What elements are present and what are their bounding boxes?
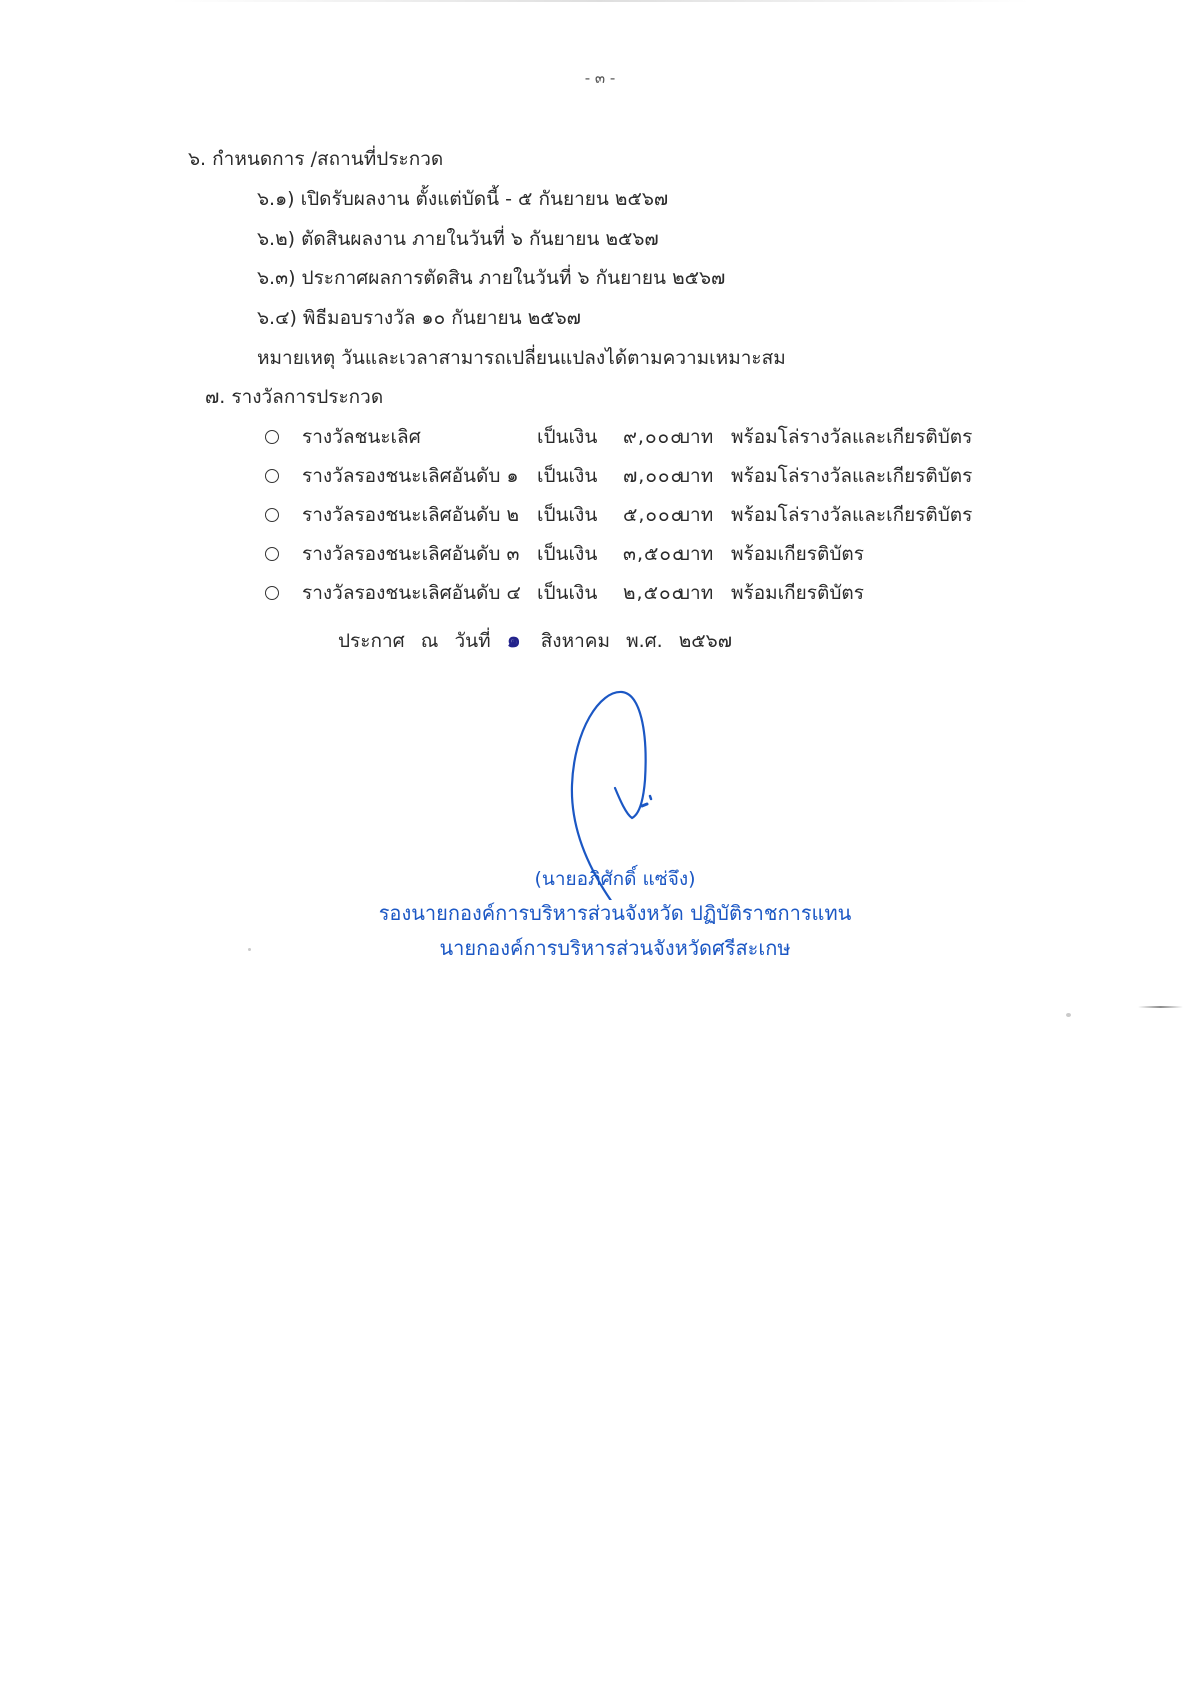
prize-extra: พร้อมโล่รางวัลและเกียรติบัตร — [731, 424, 972, 450]
section-6-heading: ๖. กำหนดการ /สถานที่ประกวด — [188, 146, 443, 172]
circle-bullet-icon — [265, 430, 279, 444]
document-page: - ๓ - ๖. กำหนดการ /สถานที่ประกวด ๖.๑) เป… — [0, 0, 1200, 1697]
prize-name: รางวัลรองชนะเลิศอันดับ ๑ — [302, 463, 519, 489]
prize-amount: ๒,๕๐๐ — [623, 580, 684, 606]
announcement-year: ๒๕๖๗ — [679, 630, 732, 652]
prize-amount-label: เป็นเงิน — [537, 541, 597, 567]
announcement-day-label: วันที่ — [454, 630, 490, 652]
prize-amount-label: เป็นเงิน — [537, 463, 597, 489]
schedule-item-6-2: ๖.๒) ตัดสินผลงาน ภายในวันที่ ๖ กันยายน ๒… — [257, 226, 659, 252]
prize-amount: ๗,๐๐๐ — [623, 463, 683, 489]
prize-unit: บาท — [678, 424, 713, 450]
page-number: - ๓ - — [0, 66, 1200, 90]
announcement-prefix: ประกาศ — [338, 630, 405, 652]
prize-amount: ๙,๐๐๐ — [623, 424, 683, 450]
schedule-item-6-3: ๖.๓) ประกาศผลการตัดสิน ภายในวันที่ ๖ กัน… — [257, 265, 725, 291]
prize-extra: พร้อมโล่รางวัลและเกียรติบัตร — [731, 502, 972, 528]
circle-bullet-icon — [265, 508, 279, 522]
scan-smudge — [1138, 1006, 1183, 1008]
section-7-heading: ๗. รางวัลการประกวด — [205, 384, 383, 410]
signatory-title-line-1: รองนายกองค์การบริหารส่วนจังหวัด ปฏิบัติร… — [0, 900, 1200, 926]
handwritten-day: ๑ — [507, 628, 521, 654]
prize-unit: บาท — [678, 502, 713, 528]
prize-name: รางวัลรองชนะเลิศอันดับ ๒ — [302, 502, 519, 528]
prize-name: รางวัลรองชนะเลิศอันดับ ๔ — [302, 580, 521, 606]
scan-dot — [1066, 1013, 1071, 1017]
prize-amount-label: เป็นเงิน — [537, 502, 597, 528]
prize-unit: บาท — [678, 541, 713, 567]
schedule-item-6-1: ๖.๑) เปิดรับผลงาน ตั้งแต่บัดนี้ - ๕ กันย… — [257, 186, 668, 212]
prize-name: รางวัลชนะเลิศ — [302, 424, 421, 450]
prize-name: รางวัลรองชนะเลิศอันดับ ๓ — [302, 541, 519, 567]
circle-bullet-icon — [265, 469, 279, 483]
scan-edge-artifact — [170, 0, 1030, 2]
announcement-at: ณ — [421, 630, 439, 652]
prize-unit: บาท — [678, 580, 713, 606]
prize-extra: พร้อมเกียรติบัตร — [731, 580, 864, 606]
circle-bullet-icon — [265, 586, 279, 600]
prize-extra: พร้อมโล่รางวัลและเกียรติบัตร — [731, 463, 972, 489]
announcement-line: ประกาศ ณ วันที่ ๑ สิงหาคม พ.ศ. ๒๕๖๗ — [338, 628, 742, 654]
prize-extra: พร้อมเกียรติบัตร — [731, 541, 864, 567]
prize-unit: บาท — [678, 463, 713, 489]
circle-bullet-icon — [265, 547, 279, 561]
announcement-era: พ.ศ. — [626, 630, 663, 652]
schedule-item-6-4: ๖.๔) พิธีมอบรางวัล ๑๐ กันยายน ๒๕๖๗ — [257, 305, 581, 331]
signatory-title-line-2: นายกองค์การบริหารส่วนจังหวัดศรีสะเกษ — [0, 935, 1200, 961]
prize-amount: ๕,๐๐๐ — [623, 502, 683, 528]
prize-amount-label: เป็นเงิน — [537, 580, 597, 606]
prize-amount: ๓,๕๐๐ — [623, 541, 685, 567]
schedule-note: หมายเหตุ วันและเวลาสามารถเปลี่ยนแปลงได้ต… — [257, 345, 786, 371]
signatory-name: (นายอภิศักดิ์ แซ่จึง) — [0, 866, 1200, 892]
scan-dot — [248, 948, 251, 951]
announcement-month: สิงหาคม — [541, 630, 610, 652]
prize-amount-label: เป็นเงิน — [537, 424, 597, 450]
